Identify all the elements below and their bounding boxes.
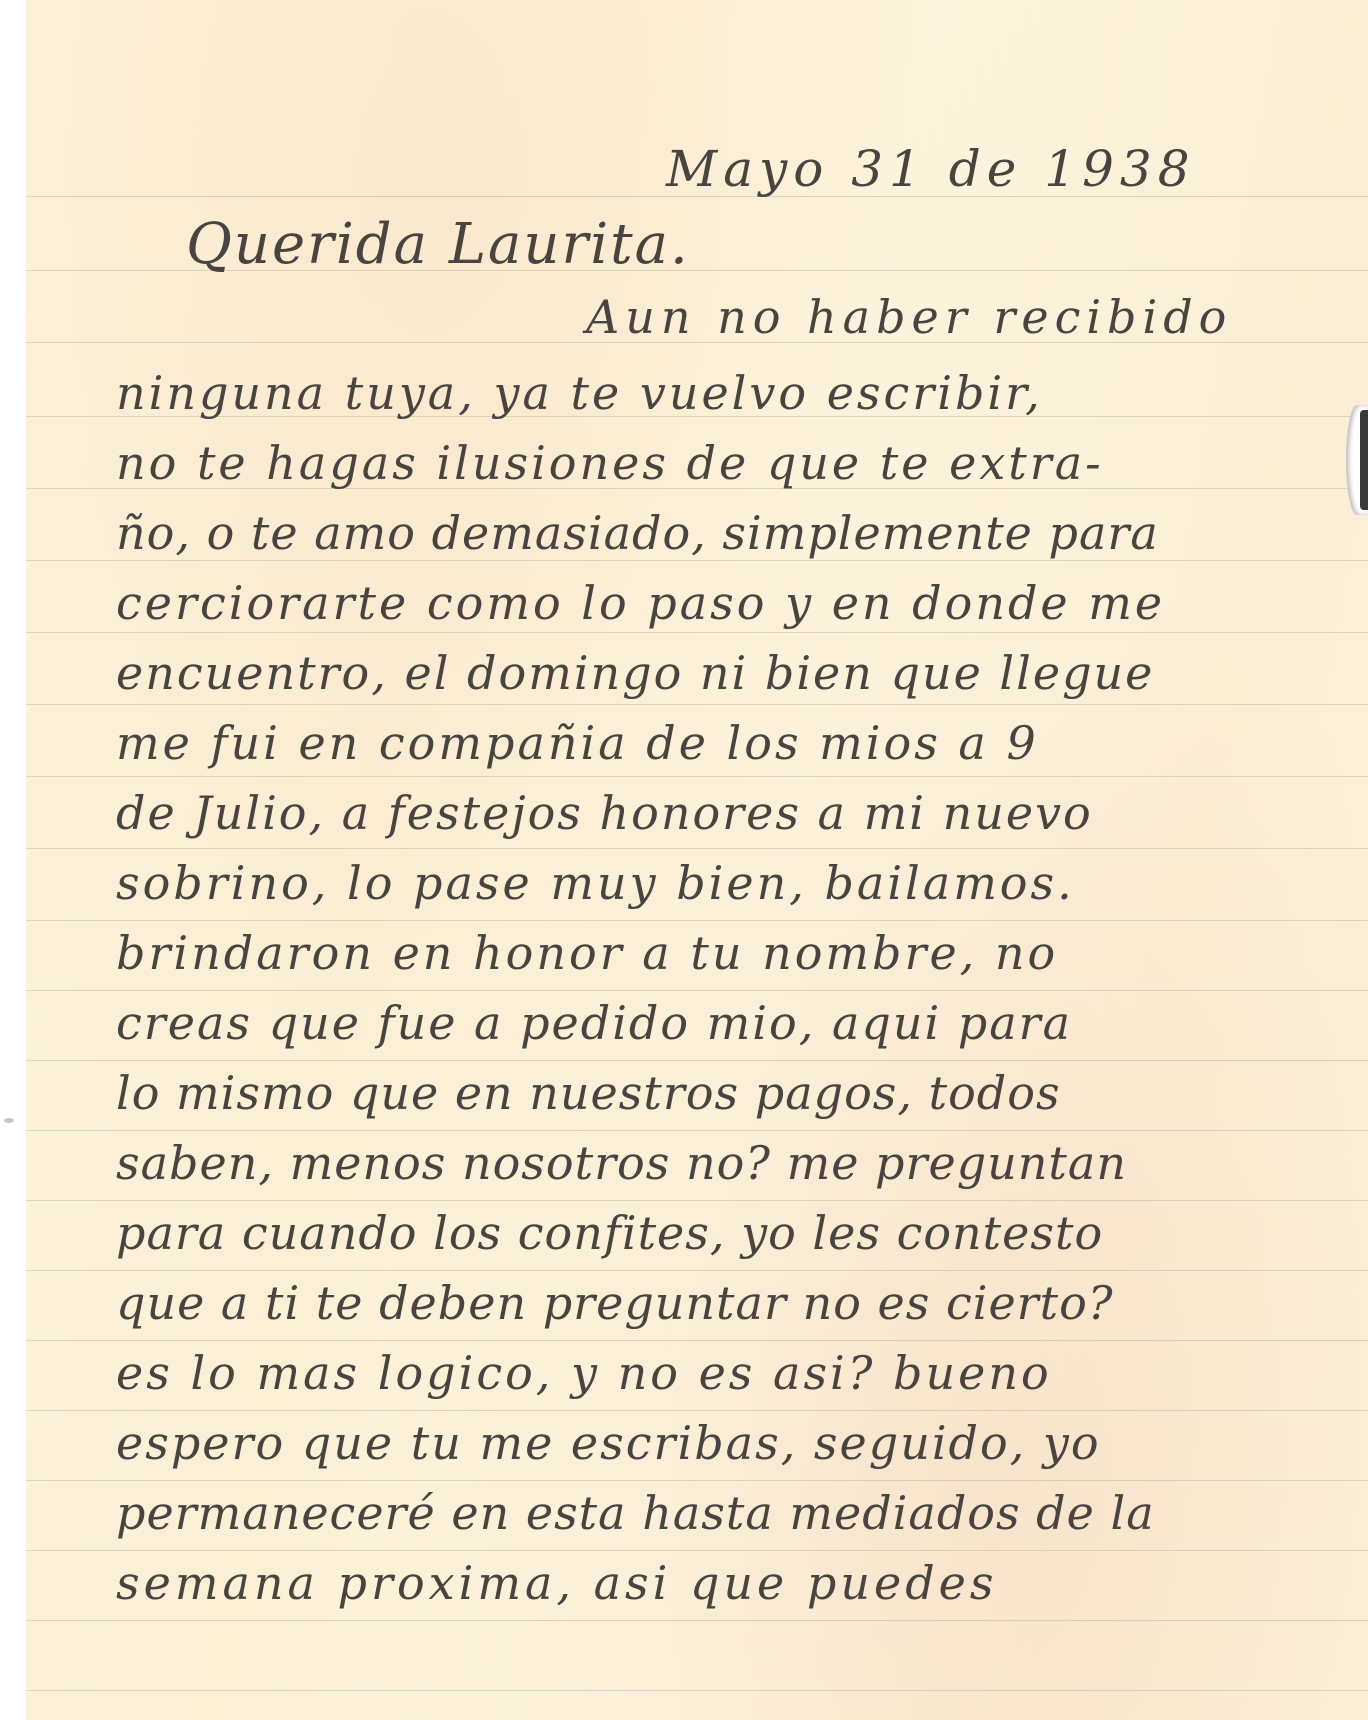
letter-line: encuentro, el domingo ni bien que llegue: [116, 646, 1154, 700]
ruled-line: [26, 1410, 1368, 1411]
ruled-line: [26, 776, 1368, 777]
ruled-line: [26, 848, 1368, 849]
letter-line: que a ti te deben preguntar no es cierto…: [116, 1276, 1114, 1330]
ruled-line: [26, 632, 1368, 633]
ruled-line: [26, 704, 1368, 705]
letter-line: espero que tu me escribas, seguido, yo: [116, 1416, 1101, 1470]
ruled-line: [26, 1340, 1368, 1341]
ruled-line: [26, 560, 1368, 561]
letter-page: Mayo 31 de 1938 Querida Laurita. Aun no …: [26, 0, 1368, 1720]
letter-salutation: Querida Laurita.: [186, 212, 690, 277]
ruled-line: [26, 1060, 1368, 1061]
ruled-line: [26, 920, 1368, 921]
letter-line: creas que fue a pedido mio, aqui para: [116, 996, 1072, 1050]
letter-line: saben, menos nosotros no? me preguntan: [116, 1136, 1127, 1190]
letter-line: ño, o te amo demasiado, simplemente para: [116, 506, 1159, 560]
letter-line: no te hagas ilusiones de que te extra-: [116, 436, 1104, 490]
letter-line: sobrino, lo pase muy bien, bailamos.: [116, 856, 1075, 910]
letter-line: brindaron en honor a tu nombre, no: [116, 926, 1058, 980]
letter-date: Mayo 31 de 1938: [666, 140, 1196, 198]
letter-line: ninguna tuya, ya te vuelvo escribir,: [116, 366, 1043, 420]
ruled-line: [26, 1550, 1368, 1551]
ruled-line: [26, 1690, 1368, 1691]
letter-line: lo mismo que en nuestros pagos, todos: [116, 1066, 1061, 1120]
letter-line: cerciorarte como lo paso y en donde me: [116, 576, 1165, 630]
ruled-line: [26, 1620, 1368, 1621]
letter-line: semana proxima, asi que puedes: [116, 1556, 997, 1610]
letter-line: permaneceré en esta hasta mediados de la: [116, 1486, 1155, 1540]
letter-line: de Julio, a festejos honores a mi nuevo: [116, 786, 1093, 840]
ruled-line: [26, 990, 1368, 991]
ruled-line: [26, 1200, 1368, 1201]
letter-line: Aun no haber recibido: [586, 290, 1232, 344]
ruled-line: [26, 1480, 1368, 1481]
ruled-line: [26, 1270, 1368, 1271]
letter-line: es lo mas logico, y no es asi? bueno: [116, 1346, 1052, 1400]
ink-smudge: [4, 1118, 14, 1123]
letter-line: me fui en compañia de los mios a 9: [116, 716, 1039, 770]
letter-line: para cuando los confites, yo les contest…: [116, 1206, 1103, 1260]
tear-shadow: [1360, 410, 1368, 510]
ruled-line: [26, 1130, 1368, 1131]
